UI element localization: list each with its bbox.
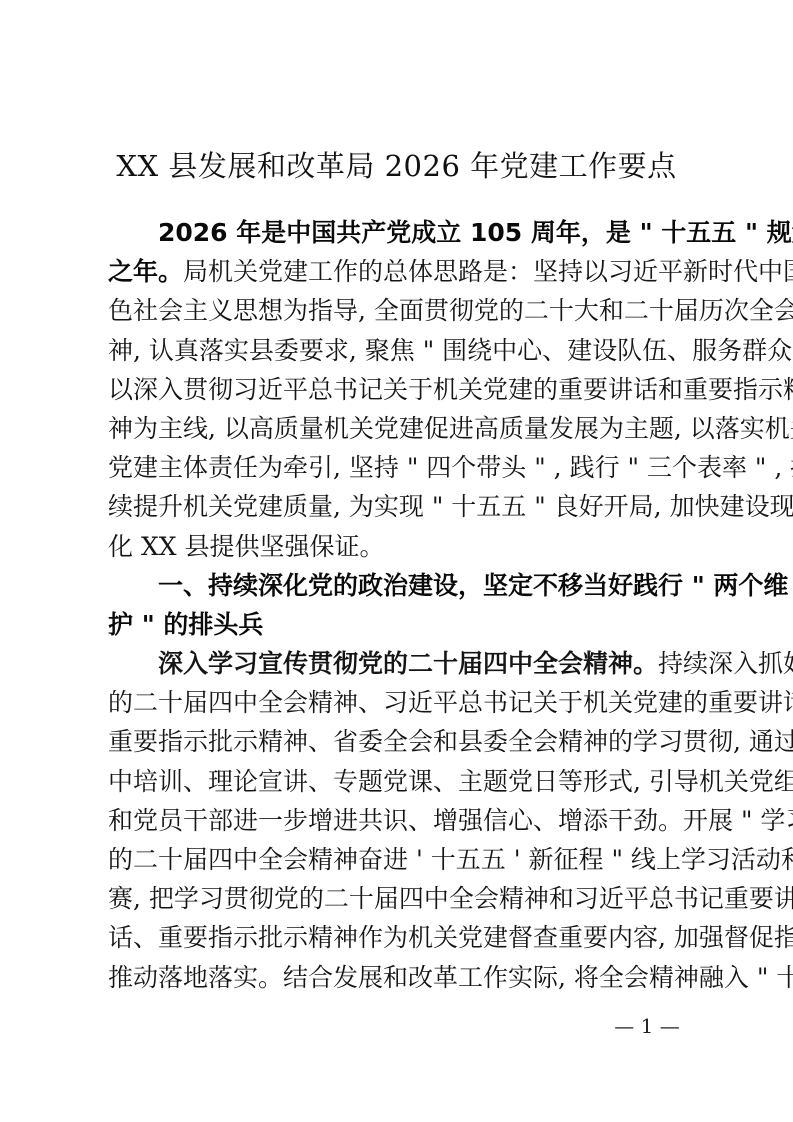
intro-line-text: 局机关党建工作的总体思路是：坚持以习近平新时代中国特 bbox=[183, 257, 793, 286]
intro-line: 之年。局机关党建工作的总体思路是：坚持以习近平新时代中国特 bbox=[108, 252, 696, 291]
section-heading: 一、持续深化党的政治建设，坚定不移当好践行 " 两个维 bbox=[108, 566, 696, 605]
section-line: 的二十届四中全会精神、习近平总书记关于机关党建的重要讲话和 bbox=[108, 683, 696, 722]
intro-line: 色社会主义思想为指导, 全面贯彻党的二十大和二十届历次全会精 bbox=[108, 291, 696, 330]
document-page: XX 县发展和改革局 2026 年党建工作要点 2026 年是中国共产党成立 1… bbox=[0, 0, 793, 1122]
section-line: 重要指示批示精神、省委全会和县委全会精神的学习贯彻, 通过集 bbox=[108, 722, 696, 761]
section-line: 推动落地落实。结合发展和改革工作实际, 将全会精神融入 " 十五 bbox=[108, 958, 696, 997]
intro-line: 以深入贯彻习近平总书记关于机关党建的重要讲话和重要指示精 bbox=[108, 370, 696, 409]
intro-line: 续提升机关党建质量, 为实现 " 十五五 " 良好开局, 加快建设现代 bbox=[108, 487, 696, 526]
intro-line: 神为主线, 以高质量机关党建促进高质量发展为主题, 以落实机关 bbox=[108, 409, 696, 448]
section-line: 的二十届四中全会精神奋进 ' 十五五 ' 新征程 " 线上学习活动和竞 bbox=[108, 840, 696, 879]
document-body: 2026 年是中国共产党成立 105 周年，是 " 十五五 " 规划开局 之年。… bbox=[108, 213, 696, 997]
section-line: 中培训、理论宣讲、专题党课、主题党日等形式, 引导机关党组织 bbox=[108, 762, 696, 801]
section-line-text: 持续深入抓好党 bbox=[658, 649, 793, 678]
intro-line: 化 XX 县提供坚强保证。 bbox=[108, 527, 696, 566]
intro-lead-suffix: 之年。 bbox=[108, 257, 183, 286]
document-title: XX 县发展和改革局 2026 年党建工作要点 bbox=[0, 146, 793, 186]
section-subheading: 深入学习宣传贯彻党的二十届四中全会精神。 bbox=[158, 649, 658, 678]
section-line: 和党员干部进一步增进共识、增强信心、增添干劲。开展 " 学习党 bbox=[108, 801, 696, 840]
intro-line: 党建主体责任为牵引, 坚持 " 四个带头 " , 践行 " 三个表率 " , 持 bbox=[108, 448, 696, 487]
section-line: 话、重要指示批示精神作为机关党建督查重要内容, 加强督促指导, bbox=[108, 918, 696, 957]
intro-lead-line: 2026 年是中国共产党成立 105 周年，是 " 十五五 " 规划开局 bbox=[108, 213, 696, 252]
section-heading: 护 " 的排头兵 bbox=[108, 605, 696, 644]
page-number: — 1 — bbox=[612, 1012, 682, 1040]
section-line: 赛, 把学习贯彻党的二十届四中全会精神和习近平总书记重要讲 bbox=[108, 879, 696, 918]
intro-line: 神, 认真落实县委要求, 聚焦 " 围绕中心、建设队伍、服务群众 " , bbox=[108, 331, 696, 370]
section-line: 深入学习宣传贯彻党的二十届四中全会精神。持续深入抓好党 bbox=[108, 644, 696, 683]
